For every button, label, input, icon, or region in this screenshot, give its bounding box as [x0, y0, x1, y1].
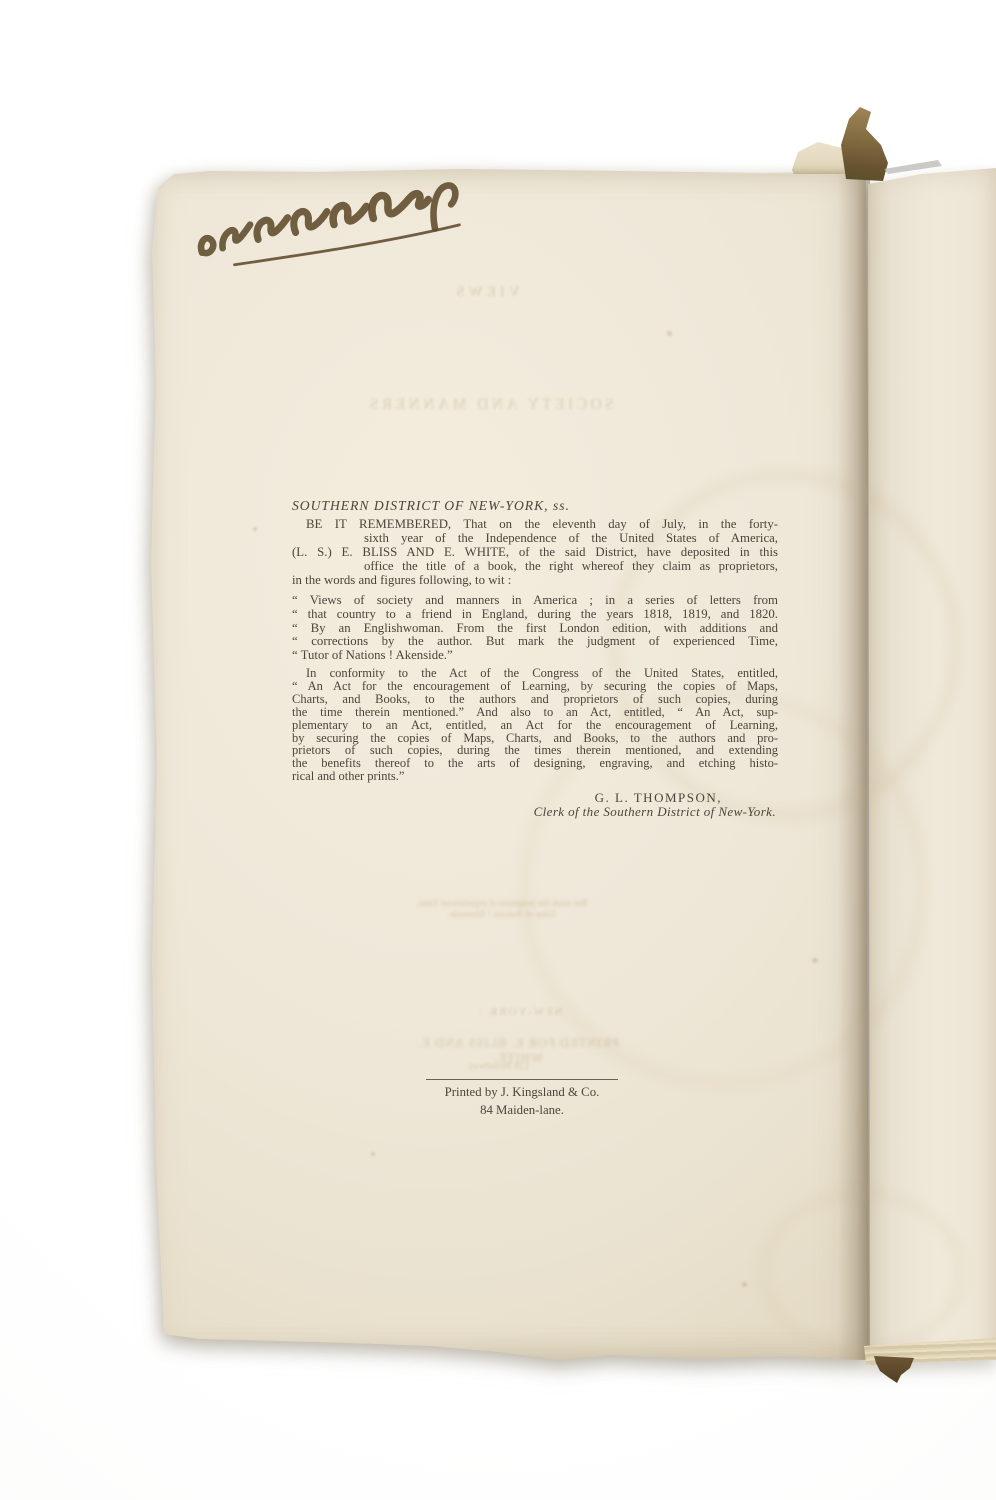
- showthrough-epigraph-line: Tutor of Nations ! Akenside.: [378, 910, 626, 921]
- text-line: in the words and figures following, to w…: [292, 574, 778, 588]
- clerk-name: G. L. THOMPSON,: [292, 791, 778, 805]
- showthrough-title: VIEWS: [452, 284, 520, 301]
- text-line: rical and other prints.”: [292, 770, 778, 783]
- paragraph-conformity-acts: In conformity to the Act of the Congress…: [292, 667, 778, 783]
- text-line: “ An Act for the encouragement of Learni…: [292, 680, 778, 693]
- text-line: office the title of a book, the right wh…: [292, 560, 778, 574]
- book-photograph: VIEWS SOCIETY AND MANNERS But mark the j…: [0, 0, 996, 1500]
- showthrough-address: 128 Broadway.: [450, 1061, 546, 1072]
- text-line: (L. S.) E. BLISS AND E. WHITE, of the sa…: [292, 546, 778, 560]
- text-line: plementary to an Act, entitled, an Act f…: [292, 719, 778, 732]
- showthrough-epigraph: But mark the judgment of experienced Tim…: [378, 899, 626, 921]
- text-line: the time therein mentioned.” And also to…: [292, 706, 778, 719]
- foxing-dot: [742, 1282, 747, 1287]
- paragraph-registration: BE IT REMEMBERED, That on the eleventh d…: [292, 518, 778, 588]
- foxing-dot: [812, 958, 818, 963]
- text-line: Charts, and Books, to the authors and pr…: [292, 693, 778, 706]
- paragraph-book-title-quote: “ Views of society and manners in Americ…: [292, 594, 778, 663]
- text-line: “ that country to a friend in England, d…: [292, 608, 778, 622]
- text-line: BE IT REMEMBERED, That on the eleventh d…: [292, 518, 778, 532]
- text-line: “ Views of society and manners in Americ…: [292, 594, 778, 608]
- clerk-title: Clerk of the Southern District of New-Yo…: [292, 805, 778, 819]
- showthrough-city: NEW-YORK :: [470, 1006, 570, 1018]
- district-heading: SOUTHERN DISTRICT OF NEW-YORK, ss.: [292, 498, 778, 514]
- foxing-dot: [253, 527, 257, 531]
- text-line: “ By an Englishwoman. From the first Lon…: [292, 622, 778, 636]
- text-line: “ Tutor of Nations ! Akenside.”: [292, 649, 778, 663]
- imprint-rule: [426, 1079, 618, 1080]
- text-line: sixth year of the Independence of the Un…: [292, 532, 778, 546]
- text-line: In conformity to the Act of the Congress…: [292, 667, 778, 680]
- imprint-line: 84 Maiden-lane.: [402, 1101, 642, 1119]
- mirrored-ink-signature: [187, 175, 482, 275]
- clerk-signoff: G. L. THOMPSON, Clerk of the Southern Di…: [292, 791, 778, 818]
- printer-imprint: Printed by J. Kingsland & Co. 84 Maiden-…: [402, 1079, 642, 1119]
- showthrough-epigraph-line: But mark the judgment of experienced Tim…: [378, 899, 626, 910]
- showthrough-subtitle: SOCIETY AND MANNERS: [352, 396, 628, 414]
- imprint-line: Printed by J. Kingsland & Co.: [402, 1083, 642, 1101]
- foxing-dot: [371, 1152, 375, 1156]
- foxing-dot: [667, 331, 672, 336]
- tide-stain-ring: [760, 1190, 964, 1354]
- text-line: “ corrections by the author. But mark th…: [292, 635, 778, 649]
